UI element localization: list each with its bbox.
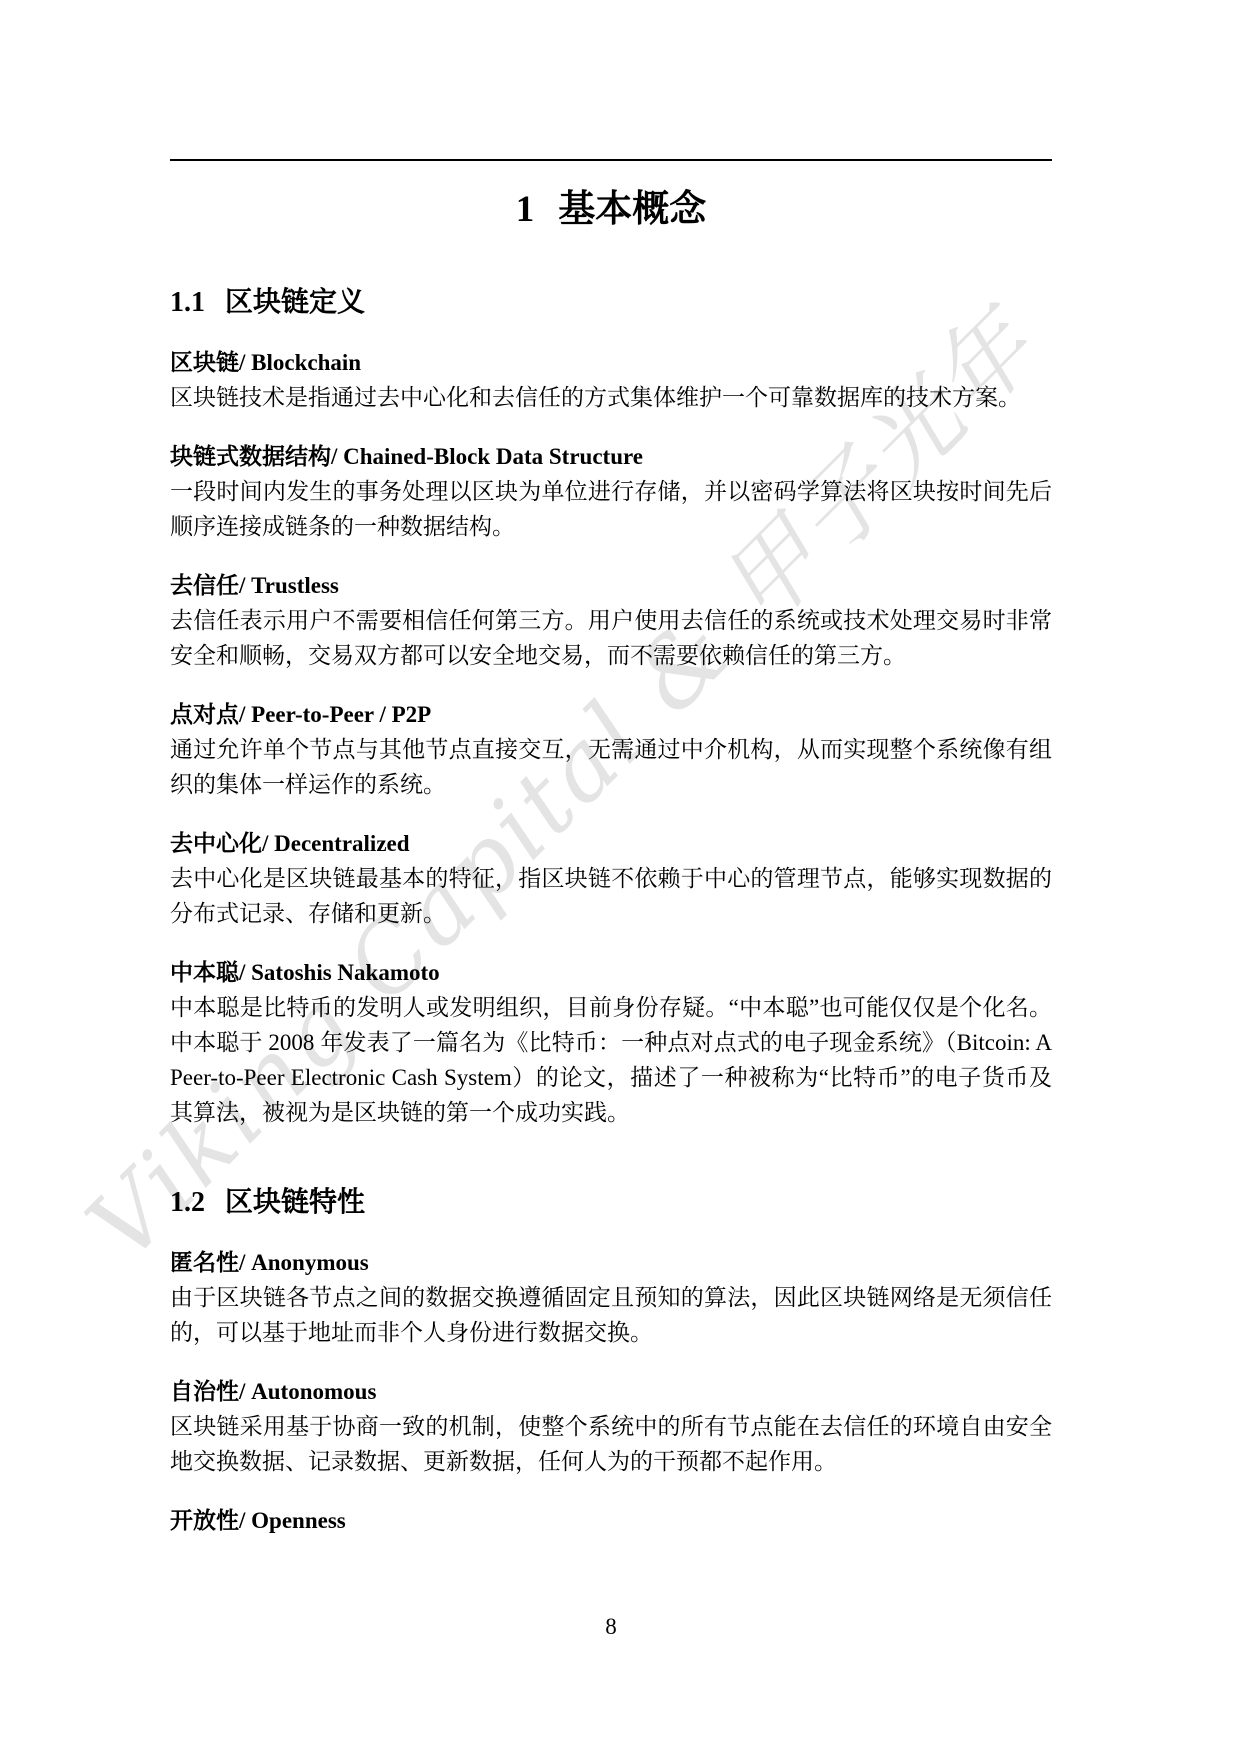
term-heading: 去中心化/ Decentralized — [170, 826, 1052, 861]
header-rule — [170, 159, 1052, 161]
term-heading: 中本聪/ Satoshis Nakamoto — [170, 955, 1052, 990]
term-heading: 点对点/ Peer-to-Peer / P2P — [170, 697, 1052, 732]
page-number: 8 — [170, 1612, 1052, 1642]
term-block-peer-to-peer: 点对点/ Peer-to-Peer / P2P 通过允许单个节点与其他节点直接交… — [170, 697, 1052, 802]
term-block-openness: 开放性/ Openness — [170, 1503, 1052, 1538]
term-block-satoshi-nakamoto: 中本聪/ Satoshis Nakamoto 中本聪是比特币的发明人或发明组织，… — [170, 955, 1052, 1130]
term-block-anonymous: 匿名性/ Anonymous 由于区块链各节点之间的数据交换遵循固定且预知的算法… — [170, 1245, 1052, 1350]
section-title-text: 区块链特性 — [225, 1187, 365, 1218]
term-heading: 区块链/ Blockchain — [170, 345, 1052, 380]
section-heading-1-1: 1.1区块链定义 — [170, 285, 1052, 321]
term-block-blockchain: 区块链/ Blockchain 区块链技术是指通过去中心化和去信任的方式集体维护… — [170, 345, 1052, 415]
term-definition: 区块链技术是指通过去中心化和去信任的方式集体维护一个可靠数据库的技术方案。 — [170, 380, 1052, 415]
term-heading: 自治性/ Autonomous — [170, 1374, 1052, 1409]
term-heading: 块链式数据结构/ Chained-Block Data Structure — [170, 439, 1052, 474]
section-heading-1-2: 1.2区块链特性 — [170, 1185, 1052, 1221]
term-definition: 一段时间内发生的事务处理以区块为单位进行存储，并以密码学算法将区块按时间先后顺序… — [170, 474, 1052, 544]
term-block-trustless: 去信任/ Trustless 去信任表示用户不需要相信任何第三方。用户使用去信任… — [170, 568, 1052, 673]
term-block-autonomous: 自治性/ Autonomous 区块链采用基于协商一致的机制，使整个系统中的所有… — [170, 1374, 1052, 1479]
chapter-title-text: 基本概念 — [558, 189, 706, 230]
term-definition: 中本聪是比特币的发明人或发明组织，目前身份存疑。“中本聪”也可能仅仅是个化名。中… — [170, 990, 1052, 1130]
section-title-text: 区块链定义 — [225, 287, 365, 318]
page-content: 1基本概念 1.1区块链定义 区块链/ Blockchain 区块链技术是指通过… — [170, 159, 1052, 1538]
chapter-title: 1基本概念 — [170, 186, 1052, 234]
term-block-decentralized: 去中心化/ Decentralized 去中心化是区块链最基本的特征，指区块链不… — [170, 826, 1052, 931]
term-definition: 区块链采用基于协商一致的机制，使整个系统中的所有节点能在去信任的环境自由安全地交… — [170, 1409, 1052, 1479]
term-definition: 去中心化是区块链最基本的特征，指区块链不依赖于中心的管理节点，能够实现数据的分布… — [170, 861, 1052, 931]
chapter-number: 1 — [516, 189, 535, 230]
term-heading: 去信任/ Trustless — [170, 568, 1052, 603]
term-block-chained-block-data-structure: 块链式数据结构/ Chained-Block Data Structure 一段… — [170, 439, 1052, 544]
section-number: 1.2 — [170, 1187, 205, 1218]
term-definition: 通过允许单个节点与其他节点直接交互，无需通过中介机构，从而实现整个系统像有组织的… — [170, 732, 1052, 802]
term-definition: 由于区块链各节点之间的数据交换遵循固定且预知的算法，因此区块链网络是无须信任的，… — [170, 1280, 1052, 1350]
term-heading: 开放性/ Openness — [170, 1503, 1052, 1538]
section-number: 1.1 — [170, 287, 205, 318]
term-definition: 去信任表示用户不需要相信任何第三方。用户使用去信任的系统或技术处理交易时非常安全… — [170, 603, 1052, 673]
document-page: Viking Capital & 甲子光年 1基本概念 1.1区块链定义 区块链… — [0, 0, 1240, 1754]
term-heading: 匿名性/ Anonymous — [170, 1245, 1052, 1280]
